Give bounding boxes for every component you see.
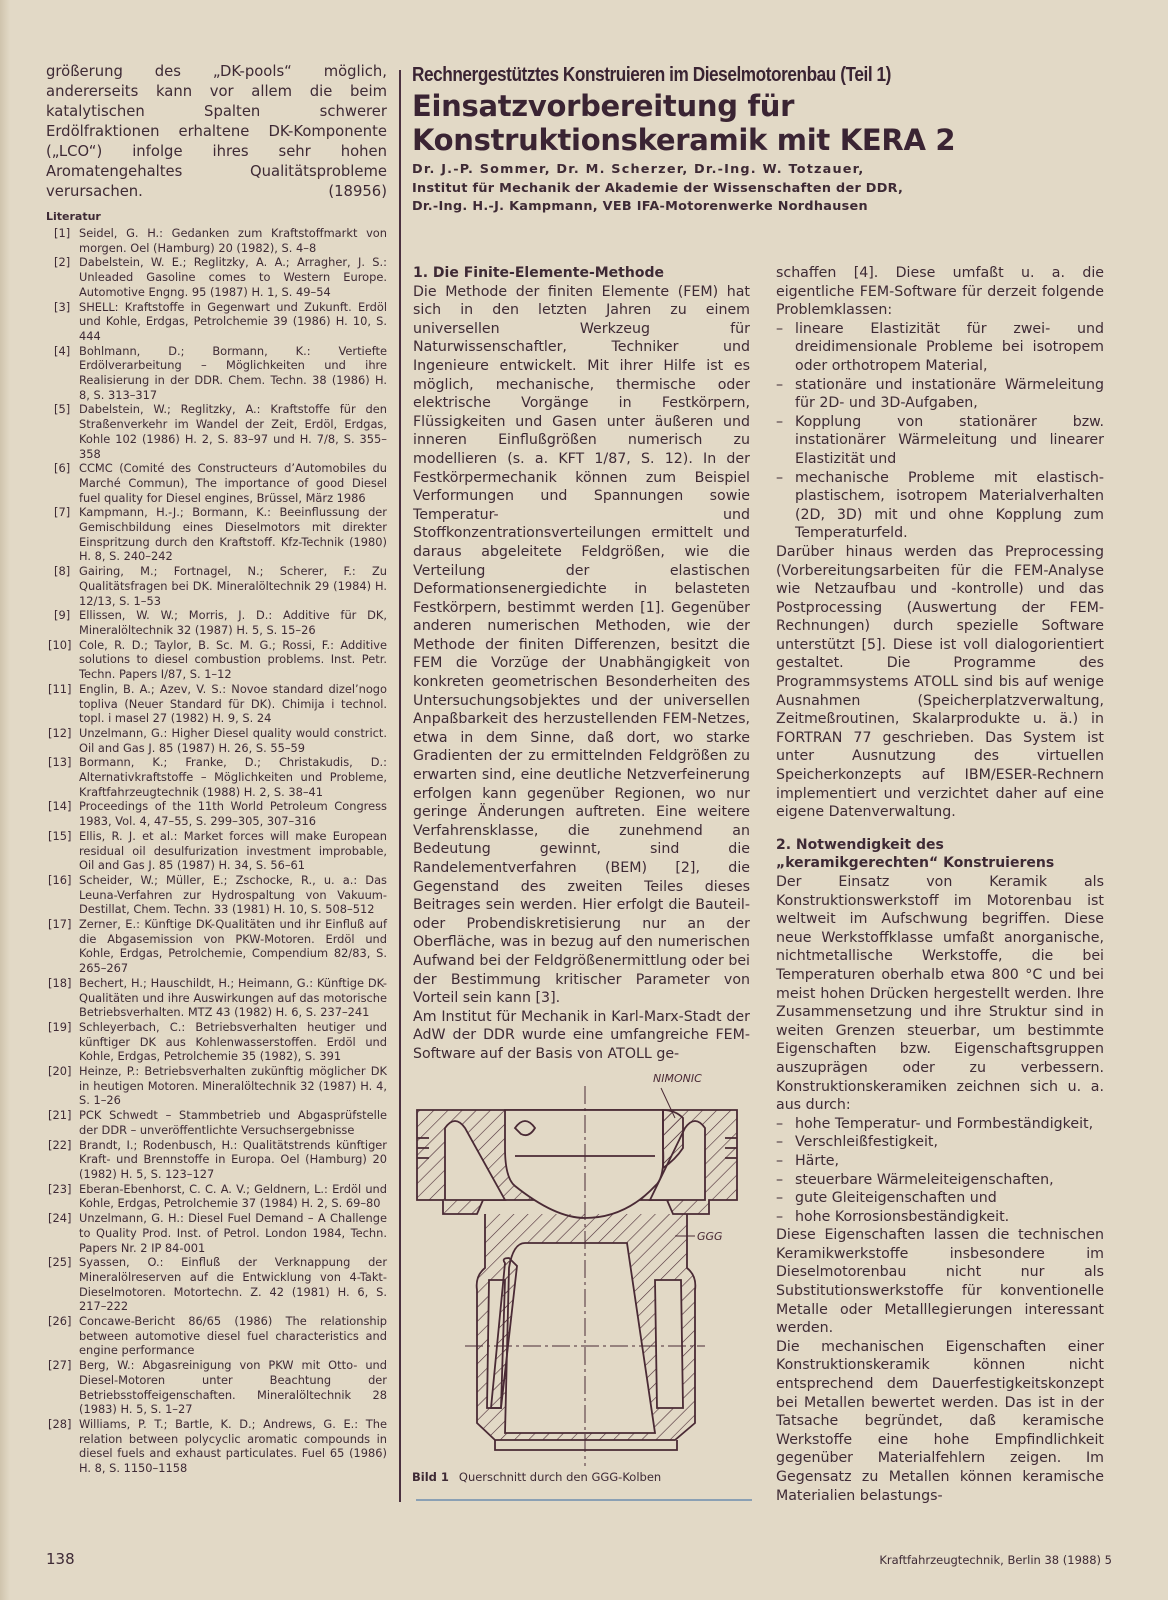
reference-text: Syassen, O.: Einfluß der Verknappung der… (79, 1255, 387, 1313)
section-1-paragraph-1: Die Methode der finiten Elemente (FEM) h… (413, 283, 750, 1008)
list-item: Härte, (776, 1152, 1104, 1171)
affiliation-line: Institut für Mechanik der Akademie der W… (412, 180, 1112, 199)
right-column: schaffen [4]. Diese umfaßt u. a. die eig… (776, 264, 1104, 1505)
section-2-heading: 2. Notwendigkeit des „keramikgerechten“ … (776, 836, 1104, 873)
figure-caption-text: Querschnitt durch den GGG-Kolben (459, 1470, 661, 1484)
reference-item: [18]Bechert, H.; Hauschildt, H.; Heimann… (46, 976, 387, 1020)
reference-item: [22]Brandt, I.; Rodenbusch, H.: Qualität… (46, 1138, 387, 1182)
piston-drawing: NIMONIC GGG (405, 1068, 745, 1468)
reference-item: [26]Concawe-Bericht 86/65 (1986) The rel… (46, 1314, 387, 1358)
title-line-2: Konstruktionskeramik mit KERA 2 (412, 123, 1112, 157)
right-paragraph-2: Darüber hinaus werden das Preprocessing … (776, 543, 1104, 822)
left-column: größerung des „DK-pools“ möglich, andere… (46, 62, 387, 1476)
figure-caption: Bild 1Querschnitt durch den GGG-Kolben (412, 1470, 661, 1484)
reference-text: Scheider, W.; Müller, E.; Zschocke, R., … (79, 873, 387, 916)
list-item: stationäre und instationäre Wärmeleitung… (776, 376, 1104, 413)
lead-text: größerung des „DK-pools“ möglich, andere… (46, 63, 387, 200)
reference-item: [5]Dabelstein, W.; Reglitzky, A.: Krafts… (46, 402, 387, 461)
reference-number: [17] (48, 917, 71, 932)
reference-text: Dabelstein, W. E.; Reglitzky, A. A.; Arr… (79, 255, 387, 298)
series-kicker: Rechnergestütztes Konstruieren im Diesel… (412, 64, 1014, 87)
reference-text: Zerner, E.: Künftige DK-Qualitäten und i… (79, 917, 387, 975)
reference-item: [6]CCMC (Comité des Constructeurs d’Auto… (46, 461, 387, 505)
reference-item: [24]Unzelmann, G. H.: Diesel Fuel Demand… (46, 1211, 387, 1255)
right-paragraph-4: Diese Eigenschaften lassen die technisch… (776, 1226, 1104, 1338)
reference-item: [14]Proceedings of the 11th World Petrol… (46, 799, 387, 828)
reference-text: Brandt, I.; Rodenbusch, H.: Qualitätstre… (79, 1138, 387, 1181)
middle-column: 1. Die Finite-Elemente-Methode Die Metho… (413, 264, 750, 1064)
list-item: gute Gleiteigenschaften und (776, 1189, 1104, 1208)
list-item: Verschleißfestigkeit, (776, 1133, 1104, 1152)
reference-number: [7] (54, 505, 70, 520)
page-edge (0, 0, 10, 1600)
reference-number: [28] (48, 1417, 71, 1432)
reference-number: [13] (48, 755, 71, 770)
list-item: hohe Temperatur- und Formbeständigkeit, (776, 1115, 1104, 1134)
list-item: hohe Korrosionsbeständigkeit. (776, 1208, 1104, 1227)
nimonic-label: NIMONIC (653, 1072, 702, 1085)
reference-text: Ellis, R. J. et al.: Market forces will … (79, 829, 387, 872)
reference-text: Proceedings of the 11th World Petroleum … (79, 799, 387, 828)
reference-item: [3]SHELL: Kraftstoffe in Gegenwart und Z… (46, 300, 387, 344)
page-number: 138 (46, 1550, 75, 1568)
reference-item: [7]Kampmann, H.-J.; Bormann, K.: Beeinfl… (46, 505, 387, 564)
right-paragraph-1: schaffen [4]. Diese umfaßt u. a. die eig… (776, 264, 1104, 320)
reference-number: [22] (48, 1138, 71, 1153)
reference-item: [27]Berg, W.: Abgasreinigung von PKW mit… (46, 1358, 387, 1417)
list-item: mechanische Probleme mit elastisch-plast… (776, 469, 1104, 543)
reference-item: [21]PCK Schwedt – Stammbetrieb und Abgas… (46, 1108, 387, 1137)
reference-item: [2]Dabelstein, W. E.; Reglitzky, A. A.; … (46, 255, 387, 299)
reference-item: [10]Cole, R. D.; Taylor, B. Sc. M. G.; R… (46, 638, 387, 682)
reference-item: [4]Bohlmann, D.; Bormann, K.: Vertiefte … (46, 344, 387, 403)
reference-text: SHELL: Kraftstoffe in Gegenwart und Zuku… (79, 300, 387, 343)
reference-text: Unzelmann, G. H.: Diesel Fuel Demand – A… (79, 1211, 387, 1254)
reference-number: [19] (48, 1020, 71, 1035)
article-header: Rechnergestütztes Konstruieren im Diesel… (412, 64, 1112, 217)
title-line-1: Einsatzvorbereitung für (412, 89, 1112, 123)
journal-citation: Kraftfahrzeugtechnik, Berlin 38 (1988) 5 (879, 1553, 1112, 1567)
reference-number: [26] (48, 1314, 71, 1329)
authors-line-2: Dr.-Ing. H.-J. Kampmann, VEB IFA-Motoren… (412, 198, 1112, 217)
reference-number: [5] (54, 402, 70, 417)
list-item: Kopplung von stationärer bzw. instationä… (776, 413, 1104, 469)
list-item: steuerbare Wärmeleiteigenschaften, (776, 1171, 1104, 1190)
previous-article-ending: größerung des „DK-pools“ möglich, andere… (46, 62, 387, 202)
reference-number: [14] (48, 799, 71, 814)
reference-text: Bechert, H.; Hauschildt, H.; Heimann, G.… (79, 976, 387, 1019)
authors-block: Dr. J.-P. Sommer, Dr. M. Scherzer, Dr.-I… (412, 161, 1112, 217)
reference-item: [11]Englin, B. A.; Azev, V. S.: Novoe st… (46, 682, 387, 726)
reference-text: Englin, B. A.; Azev, V. S.: Novoe standa… (79, 682, 387, 725)
reference-text: Dabelstein, W.; Reglitzky, A.: Kraftstof… (79, 402, 387, 460)
list-item: lineare Elastizität für zwei- und dreidi… (776, 320, 1104, 376)
reference-text: Schleyerbach, C.: Betriebsverhalten heut… (79, 1020, 387, 1063)
reference-number: [21] (48, 1108, 71, 1123)
reference-text: CCMC (Comité des Constructeurs d’Automob… (79, 461, 387, 504)
reference-item: [20]Heinze, P.: Betriebsverhalten zukünf… (46, 1064, 387, 1108)
reference-item: [1]Seidel, G. H.: Gedanken zum Kraftstof… (46, 226, 387, 255)
reference-item: [17]Zerner, E.: Künftige DK-Qualitäten u… (46, 917, 387, 976)
reference-number: [8] (54, 564, 70, 579)
reference-number: [23] (48, 1182, 71, 1197)
reference-number: [3] (54, 300, 70, 315)
reference-item: [19]Schleyerbach, C.: Betriebsverhalten … (46, 1020, 387, 1064)
ceramic-properties-list: hohe Temperatur- und Formbeständigkeit, … (776, 1115, 1104, 1227)
reference-number: [6] (54, 461, 70, 476)
reference-number: [4] (54, 344, 70, 359)
reference-item: [15]Ellis, R. J. et al.: Market forces w… (46, 829, 387, 873)
figure-divider (416, 1499, 752, 1501)
reference-number: [16] (48, 873, 71, 888)
section-1-paragraph-2: Am Institut für Mechanik in Karl-Marx-St… (413, 1008, 750, 1064)
reference-number: [9] (54, 608, 70, 623)
reference-item: [12]Unzelmann, G.: Higher Diesel quality… (46, 726, 387, 755)
reference-number: [11] (48, 682, 71, 697)
literature-heading: Literatur (46, 210, 387, 223)
reference-item: [9]Ellissen, W. W.; Morris, J. D.: Addit… (46, 608, 387, 637)
ggg-label: GGG (697, 1230, 723, 1243)
right-paragraph-3: Der Einsatz von Keramik als Konstruktion… (776, 873, 1104, 1115)
reference-text: Gairing, M.; Fortnagel, N.; Scherer, F.:… (79, 564, 387, 607)
reference-number: [2] (54, 255, 70, 270)
reference-item: [28]Williams, P. T.; Bartle, K. D.; Andr… (46, 1417, 387, 1476)
piston-cross-section-figure: NIMONIC GGG (405, 1068, 745, 1468)
reference-text: Eberan-Ebenhorst, C. C. A. V.; Geldnern,… (79, 1182, 387, 1211)
reference-item: [8]Gairing, M.; Fortnagel, N.; Scherer, … (46, 564, 387, 608)
reference-item: [16]Scheider, W.; Müller, E.; Zschocke, … (46, 873, 387, 917)
reference-text: Bormann, K.; Franke, D.; Christakudis, D… (79, 755, 387, 798)
reference-number: [1] (54, 226, 70, 241)
reference-number: [25] (48, 1255, 71, 1270)
reference-number: [12] (48, 726, 71, 741)
reference-text: Williams, P. T.; Bartle, K. D.; Andrews,… (79, 1417, 387, 1475)
reference-number: [15] (48, 829, 71, 844)
section-1-heading: 1. Die Finite-Elemente-Methode (413, 264, 750, 283)
reference-list: [1]Seidel, G. H.: Gedanken zum Kraftstof… (46, 226, 387, 1476)
article-title: Einsatzvorbereitung für Konstruktionsker… (412, 89, 1112, 157)
reference-number: [20] (48, 1064, 71, 1079)
reference-item: [23]Eberan-Ebenhorst, C. C. A. V.; Geldn… (46, 1182, 387, 1211)
reference-number: [10] (48, 638, 71, 653)
authors-line-1: Dr. J.-P. Sommer, Dr. M. Scherzer, Dr.-I… (412, 161, 1112, 180)
reference-number: [18] (48, 976, 71, 991)
reference-text: Kampmann, H.-J.; Bormann, K.: Beeinfluss… (79, 505, 387, 563)
reference-text: PCK Schwedt – Stammbetrieb und Abgasprüf… (79, 1108, 387, 1137)
reference-text: Unzelmann, G.: Higher Diesel quality wou… (79, 726, 387, 755)
problem-class-list: lineare Elastizität für zwei- und dreidi… (776, 320, 1104, 543)
reference-text: Bohlmann, D.; Bormann, K.: Vertiefte Erd… (79, 344, 387, 402)
reference-text: Seidel, G. H.: Gedanken zum Kraftstoffma… (79, 226, 387, 255)
article-number: (18956) (328, 182, 387, 202)
reference-number: [27] (48, 1358, 71, 1373)
reference-text: Heinze, P.: Betriebsverhalten zukünftig … (79, 1064, 387, 1107)
reference-text: Cole, R. D.; Taylor, B. Sc. M. G.; Rossi… (79, 638, 387, 681)
reference-text: Berg, W.: Abgasreinigung von PKW mit Ott… (79, 1358, 387, 1416)
reference-text: Ellissen, W. W.; Morris, J. D.: Additive… (79, 608, 387, 637)
column-divider (399, 70, 401, 1502)
right-paragraph-5: Die mechanischen Eigenschaften einer Kon… (776, 1338, 1104, 1505)
figure-number: Bild 1 (412, 1470, 449, 1484)
reference-item: [13]Bormann, K.; Franke, D.; Christakudi… (46, 755, 387, 799)
reference-number: [24] (48, 1211, 71, 1226)
reference-item: [25]Syassen, O.: Einfluß der Verknappung… (46, 1255, 387, 1314)
reference-text: Concawe-Bericht 86/65 (1986) The relatio… (79, 1314, 387, 1357)
